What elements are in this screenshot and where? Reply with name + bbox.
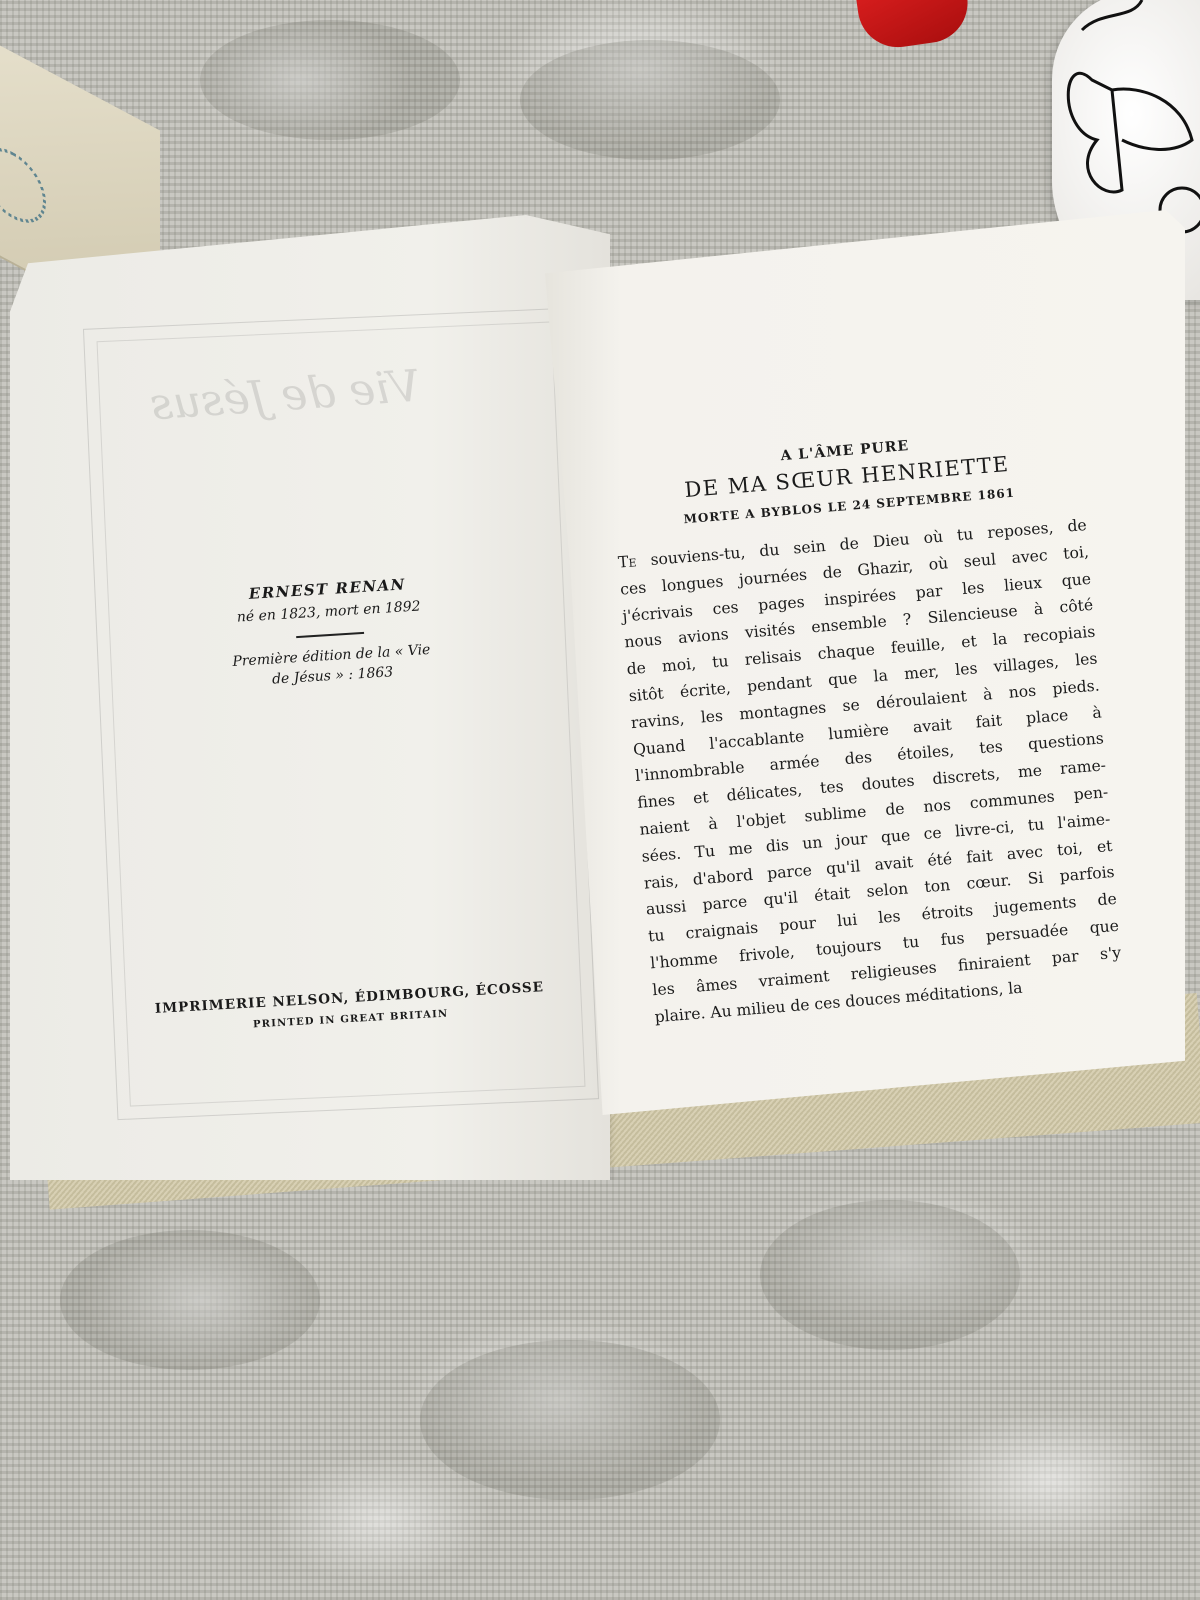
lace-pattern [60, 1230, 320, 1370]
lace-pattern [420, 1340, 720, 1500]
drop-word: Te [617, 552, 637, 571]
author-block: ERNEST RENAN né en 1823, mort en 1892 Pr… [197, 572, 463, 694]
divider-rule [296, 632, 364, 638]
first-edition-line-1: Première édition de la « Vie [232, 642, 431, 670]
lace-pattern [200, 20, 460, 140]
lace-pattern [760, 1200, 1020, 1350]
dedication-body: Te souviens-tu, du sein de Dieu où tu re… [617, 512, 1124, 1030]
lace-pattern [520, 40, 780, 160]
side-book-ornament [0, 135, 46, 236]
dedication-block: A L'ÂME PURE DE MA SŒUR HENRIETTE MORTE … [610, 424, 1124, 1030]
red-object [853, 0, 972, 52]
